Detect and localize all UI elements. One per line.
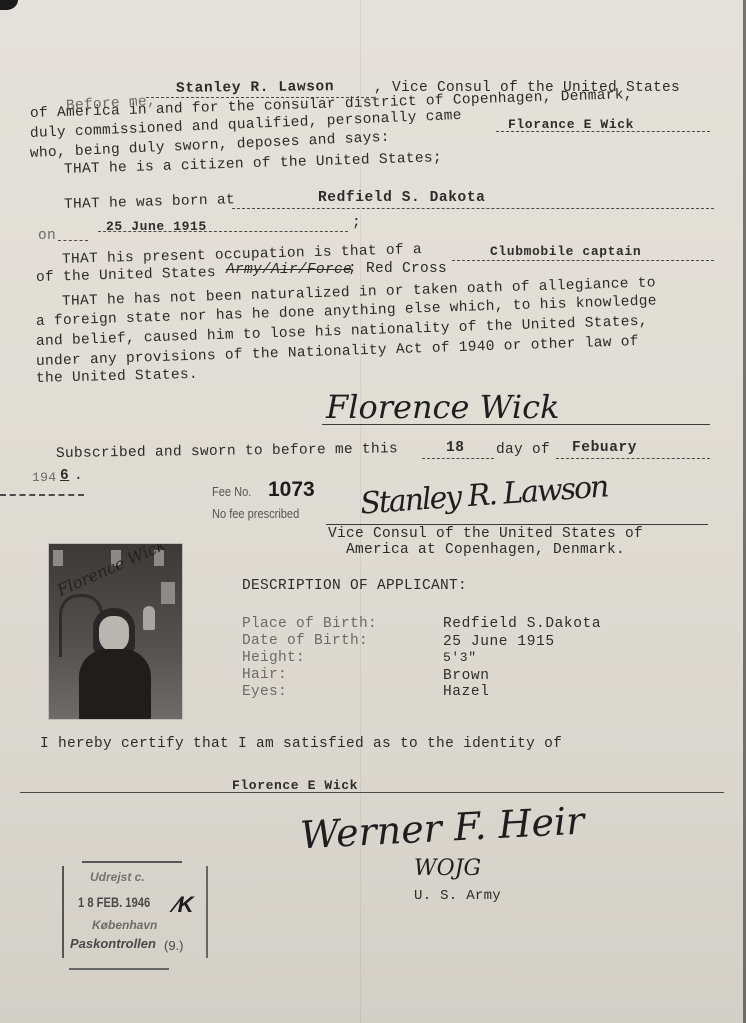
field-label: Eyes: xyxy=(242,684,287,700)
sworn-month: Febuary xyxy=(572,440,637,456)
applicant-signature: Florence Wick xyxy=(326,388,559,426)
red-cross-text: ; Red Cross xyxy=(348,261,447,277)
sworn-year-prefix: 194 xyxy=(32,470,56,485)
document-page: Stanley R. Lawson , Vice Consul of the U… xyxy=(0,0,746,1023)
applicant-name: Florance E Wick xyxy=(508,117,634,132)
consul-title-line1: Vice Consul of the United States of xyxy=(328,526,643,542)
fee-note: No fee prescribed xyxy=(212,506,299,521)
witness-signature: Werner F. Heir xyxy=(299,799,585,858)
consul-signature: Stanley R. Lawson xyxy=(359,469,608,521)
certification-name: Florence E Wick xyxy=(232,778,358,793)
fee-number: 1073 xyxy=(268,478,315,502)
stamp-number: (9.) xyxy=(164,938,184,953)
day-of-label: day of xyxy=(496,442,550,458)
page-corner-shadow xyxy=(0,0,18,10)
description-heading: DESCRIPTION OF APPLICANT: xyxy=(242,578,467,594)
field-label: Height: xyxy=(242,650,305,666)
naturalized-line: the United States. xyxy=(36,367,198,387)
semicolon: ; xyxy=(352,215,361,231)
occupation: Clubmobile captain xyxy=(490,244,641,259)
field-value: 25 June 1915 xyxy=(443,634,555,650)
applicant-photo: Florence Wick xyxy=(48,543,183,720)
certification-text: I hereby certify that I am satisfied as … xyxy=(40,736,562,752)
stamp-city: København xyxy=(92,918,157,932)
stamp-office: Paskontrollen xyxy=(70,936,156,951)
field-label: Date of Birth: xyxy=(242,633,368,649)
struck-text: Army/Air/Force xyxy=(226,262,352,278)
field-value: 5'3" xyxy=(443,650,477,665)
field-label: Hair: xyxy=(242,667,287,683)
fee-label: Fee No. xyxy=(212,484,251,499)
on-label: on xyxy=(38,228,56,244)
clause-born-label: THAT he was born at xyxy=(64,192,235,213)
sworn-year-digit: 6 xyxy=(60,468,69,484)
sworn-day: 18 xyxy=(446,440,465,456)
witness-org: U. S. Army xyxy=(414,888,501,904)
occupation-line2: of the United States xyxy=(36,265,216,286)
field-label: Place of Birth: xyxy=(242,616,377,632)
consul-title-line2: America at Copenhagen, Denmark. xyxy=(346,542,625,558)
field-value: Redfield S.Dakota xyxy=(443,616,601,632)
sworn-year-period: . xyxy=(74,468,83,484)
field-value: Hazel xyxy=(443,684,490,700)
stamp-line1: Udrejst c. xyxy=(90,870,145,884)
consul-name: Stanley R. Lawson xyxy=(176,79,334,97)
stamp-mark: ∕K xyxy=(174,892,194,918)
exit-stamp: Udrejst c. 1 8 FEB. 1946 ∕K København Pa… xyxy=(62,866,208,958)
witness-rank: WOJG xyxy=(414,856,481,881)
birth-place: Redfield S. Dakota xyxy=(318,190,485,206)
stamp-date: 1 8 FEB. 1946 xyxy=(78,894,150,910)
sworn-text: Subscribed and sworn to before me this xyxy=(56,441,398,462)
field-value: Brown xyxy=(443,668,490,684)
